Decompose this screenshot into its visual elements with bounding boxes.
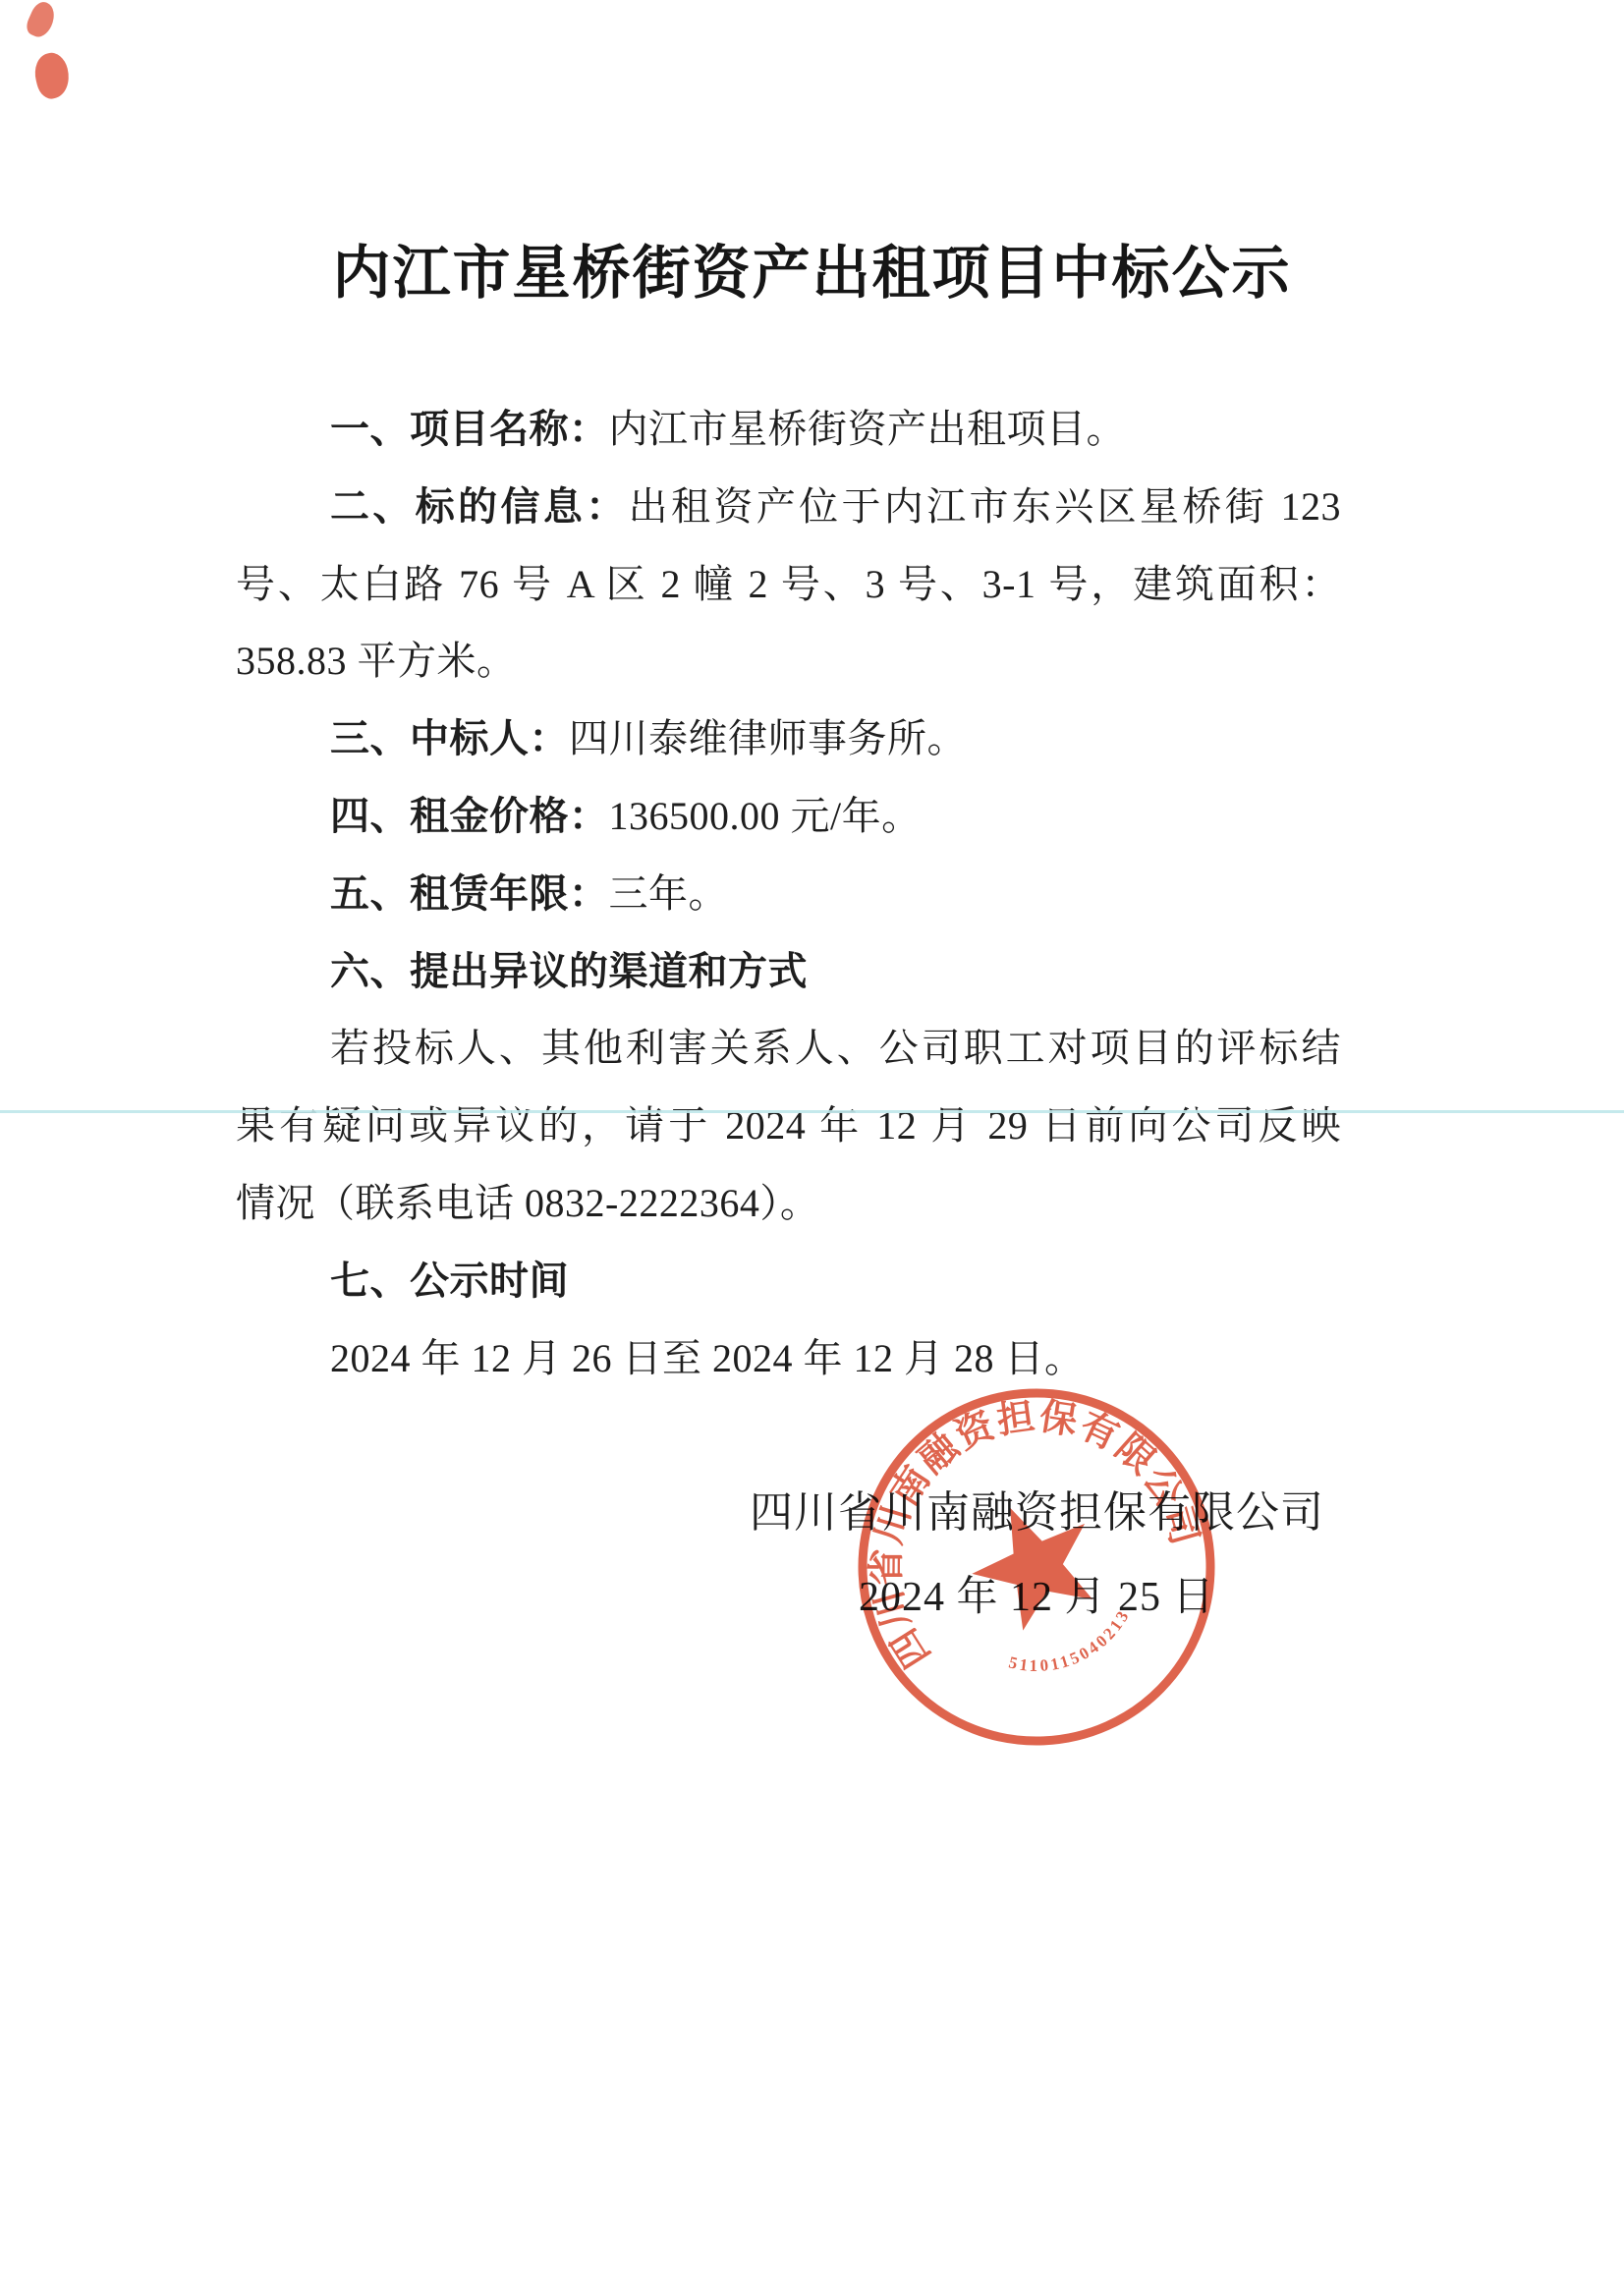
line-text: 三年。 [609, 871, 729, 916]
red-ink-mark [30, 50, 74, 102]
line-text: 136500.00 元/年。 [609, 794, 922, 838]
document-page: 内江市星桥街资产出租项目中标公示 一、项目名称：内江市星桥街资产出租项目。 二、… [0, 0, 1624, 2295]
body-line: 二、标的信息：出租资产位于内江市东兴区星桥街 123 [236, 469, 1341, 546]
line-text: 四川泰维律师事务所。 [569, 716, 967, 760]
official-seal-stamp: 四川省川南融资担保有限公司 5110115040213 [854, 1384, 1219, 1750]
body-line: 七、公示时间 [236, 1243, 1341, 1320]
body-line: 若投标人、其他利害关系人、公司职工对项目的评标结 [236, 1010, 1341, 1088]
line-lead: 一、项目名称： [330, 408, 609, 451]
body-line: 五、租赁年限：三年。 [236, 856, 1341, 933]
line-text: 情况（联系电话 0832-2222364）。 [236, 1181, 819, 1225]
line-lead: 五、租赁年限： [330, 872, 609, 916]
seal-star-icon [954, 1483, 1114, 1640]
svg-text:四川省川南融资担保有限公司: 四川省川南融资担保有限公司 [854, 1384, 1210, 1677]
page-title: 内江市星桥街资产出租项目中标公示 [0, 226, 1624, 309]
line-text: 若投标人、其他利害关系人、公司职工对项目的评标结 [330, 1026, 1341, 1070]
line-lead: 四、租金价格： [330, 795, 609, 838]
body-line: 六、提出异议的渠道和方式 [236, 933, 1341, 1011]
line-text: 358.83 平方米。 [236, 639, 517, 683]
line-lead: 二、标的信息： [330, 485, 629, 529]
document-body: 一、项目名称：内江市星桥街资产出租项目。 二、标的信息：出租资产位于内江市东兴区… [236, 391, 1341, 1397]
red-ink-mark [24, 0, 60, 40]
body-line: 果有疑问或异议的，请于 2024 年 12 月 29 日前向公司反映 [236, 1088, 1341, 1165]
body-line: 四、租金价格：136500.00 元/年。 [236, 778, 1341, 856]
line-text: 号、太白路 76 号 A 区 2 幢 2 号、3 号、3-1 号，建筑面积： [236, 562, 1341, 606]
line-lead: 三、中标人： [330, 717, 569, 760]
seal-ring-text: 四川省川南融资担保有限公司 [854, 1384, 1210, 1677]
body-line: 一、项目名称：内江市星桥街资产出租项目。 [236, 391, 1341, 469]
line-lead: 七、公示时间 [330, 1259, 569, 1303]
body-line: 358.83 平方米。 [236, 623, 1341, 700]
body-line: 号、太白路 76 号 A 区 2 幢 2 号、3 号、3-1 号，建筑面积： [236, 546, 1341, 624]
line-text: 内江市星桥街资产出租项目。 [609, 407, 1127, 451]
line-text: 2024 年 12 月 26 日至 2024 年 12 月 28 日。 [330, 1336, 1085, 1380]
scanner-artifact-line [0, 1110, 1624, 1113]
body-line: 情况（联系电话 0832-2222364）。 [236, 1165, 1341, 1243]
body-line: 三、中标人：四川泰维律师事务所。 [236, 700, 1341, 778]
line-text: 出租资产位于内江市东兴区星桥街 123 [629, 484, 1341, 529]
line-lead: 六、提出异议的渠道和方式 [330, 950, 808, 993]
